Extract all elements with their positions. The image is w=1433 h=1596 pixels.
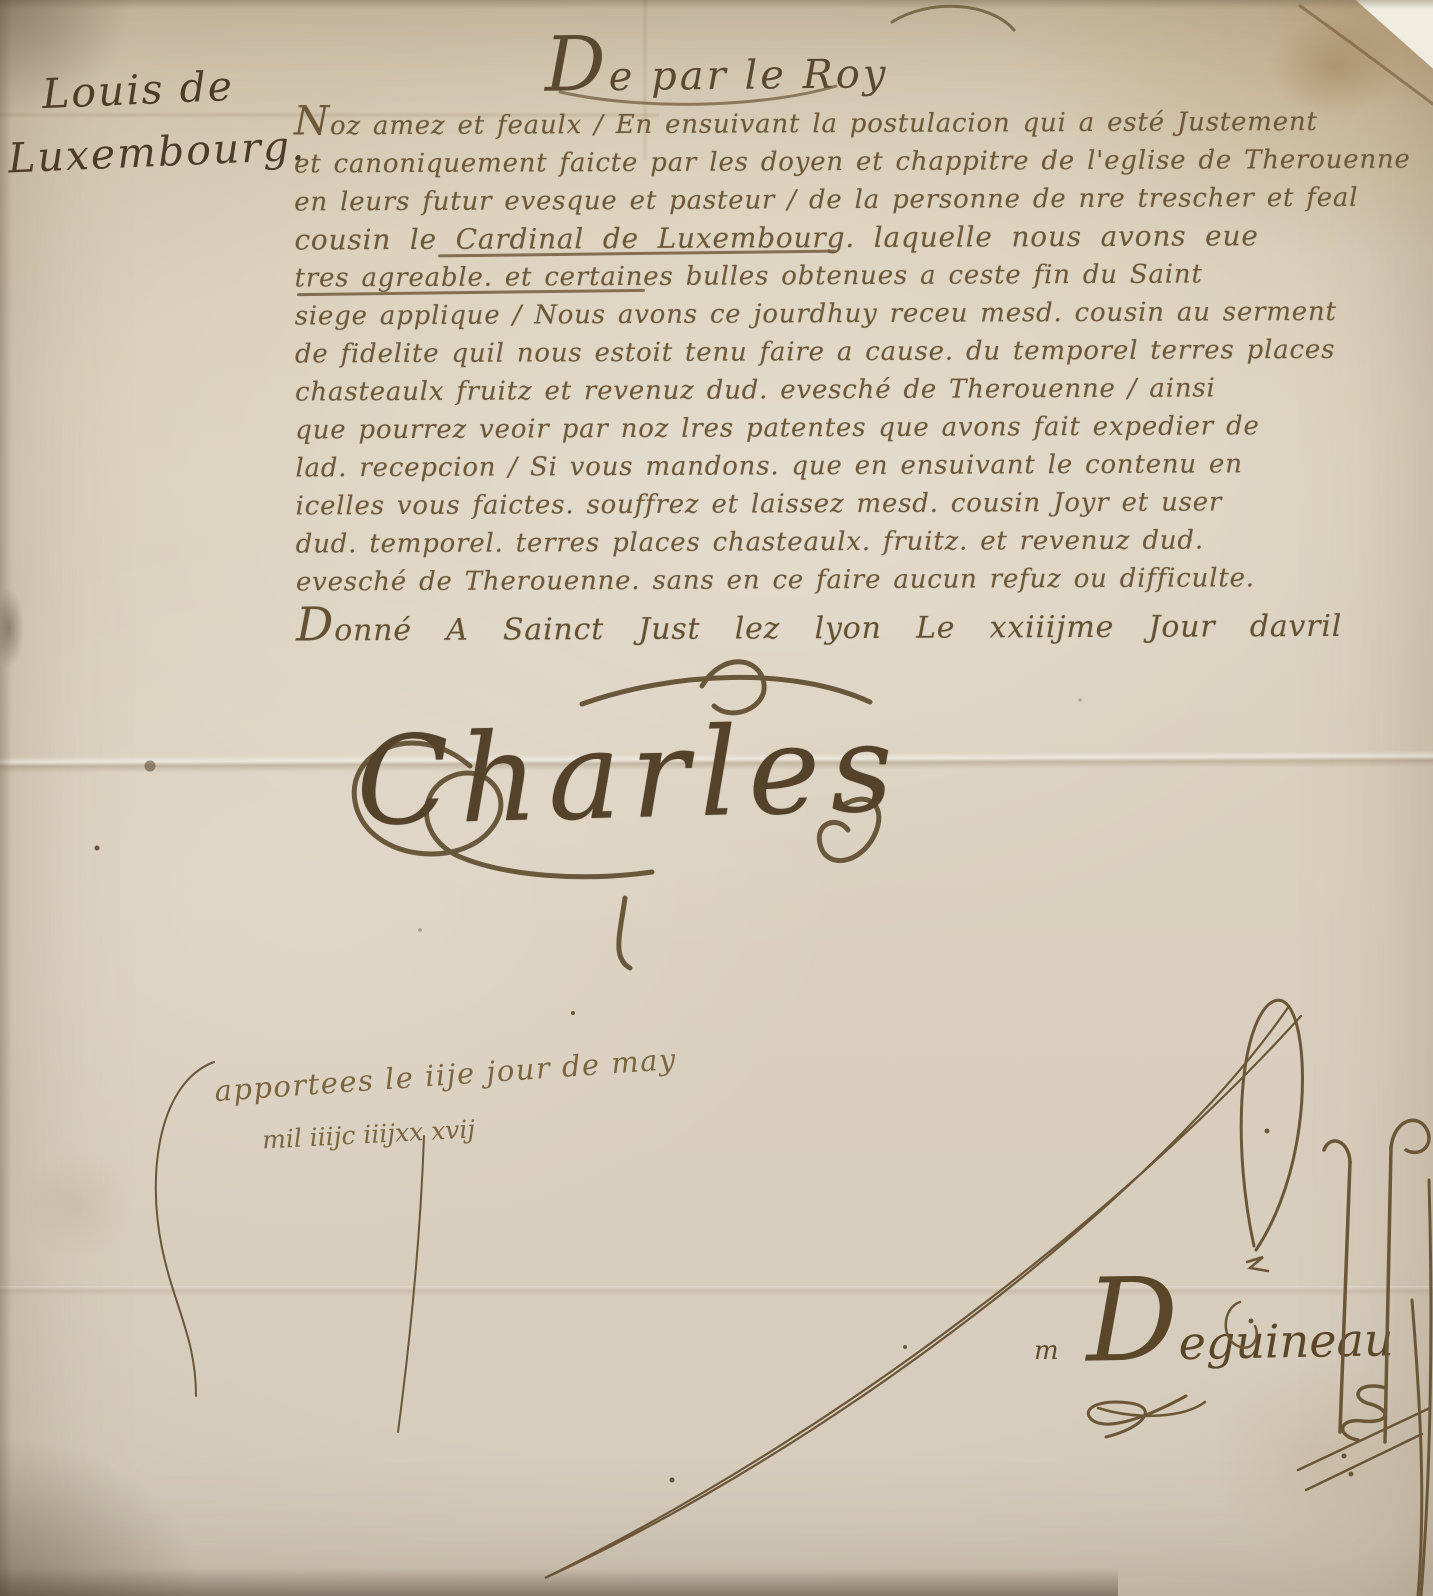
manuscript-line: chasteaulx fruitz et revenuz dud. evesch… [295,369,1423,412]
manuscript-line: lad. recepcion / Si vous mandons. que en… [295,445,1423,488]
paraph-curl-2 [1391,1120,1429,1152]
delivery-note-line1: apportees le iije jour de may [213,1042,677,1108]
manuscript-line: que pourrez veoir par noz lres patentes … [295,407,1423,450]
secretary-signature: Deguineau [1085,1249,1394,1388]
royal-signature-charles: Charles [320,646,930,1006]
manuscript-line: dud. temporel. terres places chasteaulx.… [296,521,1424,564]
royal-signature-text: Charles [354,697,904,853]
delivery-arc-flourish [156,1062,214,1396]
manuscript-line: Noz amez et feaulx / En ensuivant la pos… [294,98,1422,146]
delivery-note-line2: mil iiijc iiijxx xvij [261,1114,475,1154]
manuscript-line: en leurs futur evesque et pasteur / de l… [294,179,1422,222]
manuscript-line: et canoniquement faicte par les doyen et… [294,141,1422,184]
edge-smudge [0,588,24,668]
secretary-underline [1098,1402,1205,1416]
manuscript-line: siege applique / Nous avons ce jourdhuy … [295,293,1423,336]
manuscript-photo: De par le Roy Louis de Luxembourg. Noz a… [0,0,1433,1596]
blotch-bottom-right [1210,1360,1430,1560]
blotch-left [20,1150,130,1260]
paper-edge-top [0,0,1433,9]
dateline: Donné A Sainct Just lez lyon Le xxiiijme… [296,601,1424,651]
delivery-descender [398,1136,424,1432]
paraph-hook-1 [1324,1141,1350,1162]
manuscript-line: cousin le Cardinal de Luxembourg. laquel… [294,217,1422,260]
manuscript-line: icelles vous faictes. souffrez et laisse… [295,483,1423,526]
manuscript-line: de fidelite quil nous estoit tenu faire … [295,331,1423,374]
secretary-mark: m [1034,1336,1059,1366]
tall-loop-flourish [1241,1000,1302,1250]
manuscript-line: evesché de Therouenne. sans en ce faire … [296,559,1424,602]
paraph-descender-2 [1421,1180,1431,1596]
letter-body: Noz amez et feaulx / En ensuivant la pos… [294,98,1424,651]
secretary-d-foot [1088,1396,1186,1437]
signature-descender [619,898,630,968]
corner-shadow-top-left [0,0,190,180]
corner-shadow-bottom-left [0,1356,300,1596]
